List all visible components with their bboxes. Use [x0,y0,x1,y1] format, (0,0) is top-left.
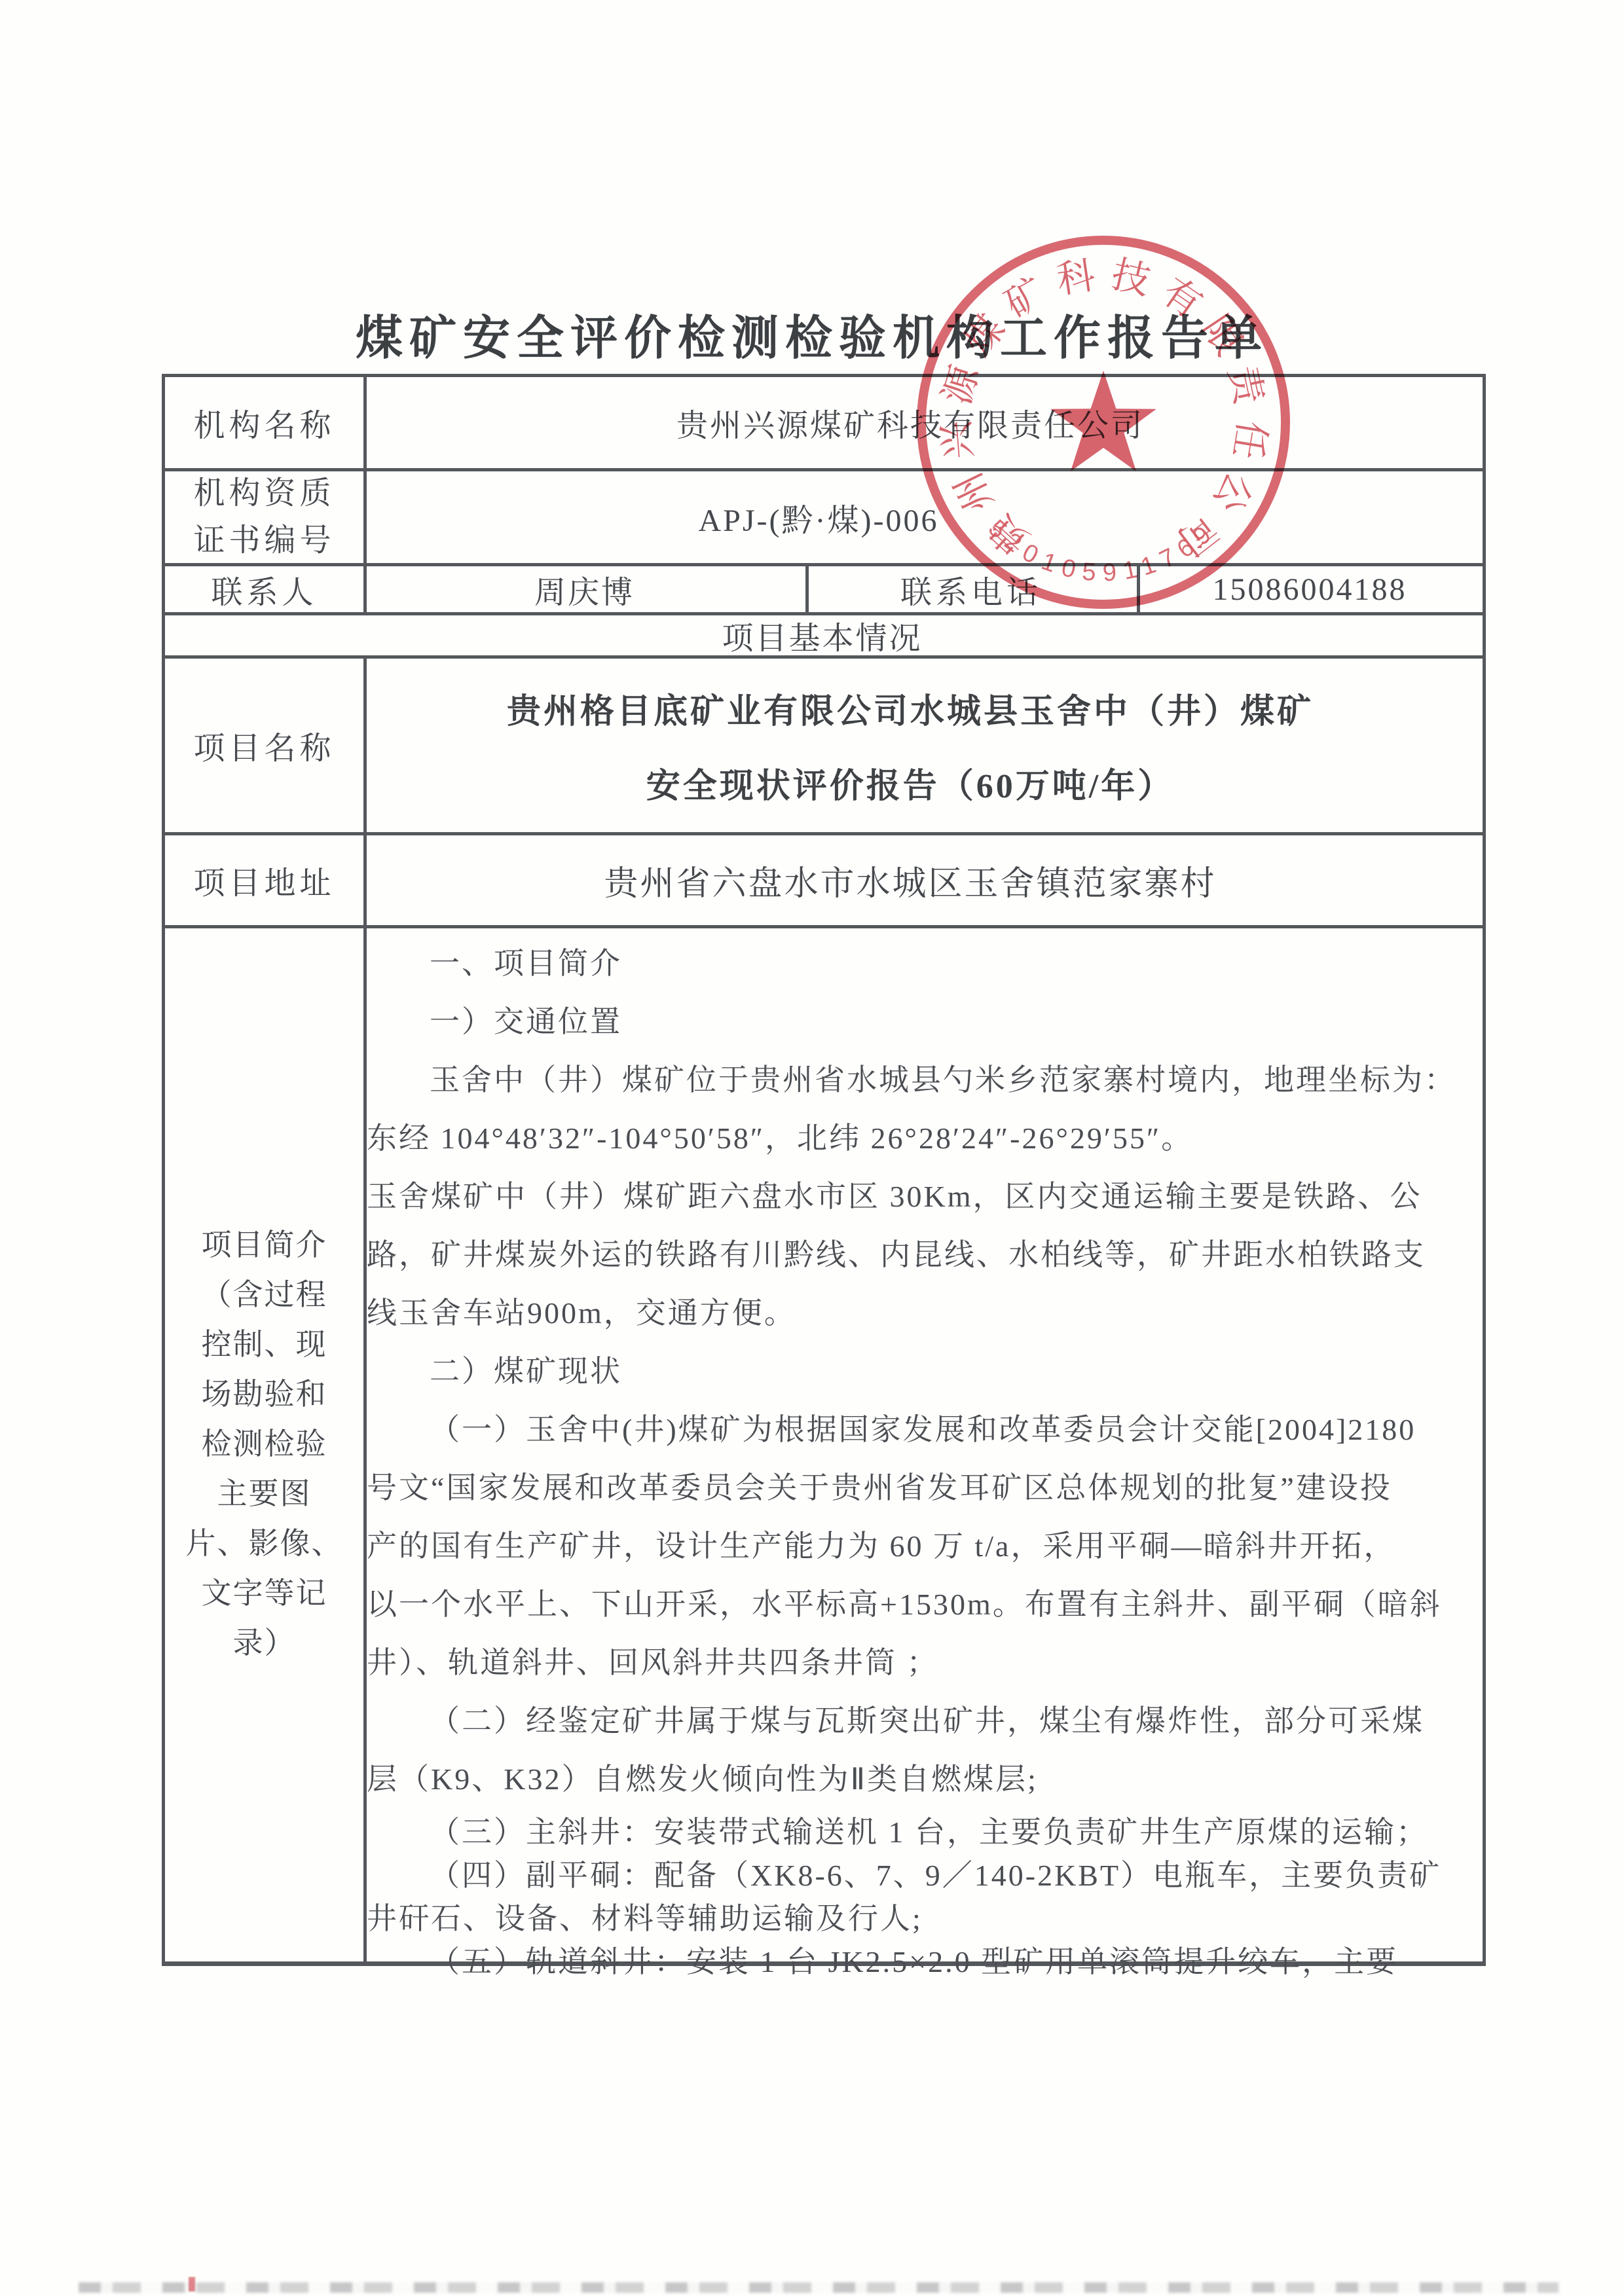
intro-label-line: 文字等记 [202,1569,327,1618]
section-header-basic-info: 项目基本情况 [165,615,1479,655]
intro-text-line: 号文“国家发展和改革委员会关于贵州省发耳矿区总体规划的批复”建设投 [367,1459,1480,1517]
intro-text-line: 二）煤矿现状 [367,1342,1480,1400]
project-intro-label: 项目简介 （含过程 控制、现 场勘验和 检测检验 主要图 片、影像、 文字等记 … [165,925,363,1963]
intro-label-line: 录） [233,1618,296,1668]
scan-artifact-bottom [79,2282,1559,2293]
intro-label-line: 主要图 [217,1469,312,1519]
contact-person-label: 联系人 [165,566,363,612]
intro-text-line: 井）、轨道斜井、回风斜井共四条井筒 ； [367,1633,1480,1692]
intro-text-line: （三）主斜井：安装带式输送机 1 台，主要负责矿井生产原煤的运输； [367,1811,1480,1854]
page-title: 煤矿安全评价检测检验机构工作报告单 [0,300,1624,368]
intro-text-line: 产的国有生产矿井，设计生产能力为 60 万 t/a，采用平硐—暗斜井开拓， [367,1517,1480,1575]
intro-text-line: （四）副平硐：配备（XK8-6、7、9／140-2KBT）电瓶车，主要负责矿 [367,1854,1480,1897]
intro-text-line: 玉舍中（井）煤矿位于贵州省水城县勺米乡范家寨村境内，地理坐标为： [367,1051,1480,1109]
document-page: 煤矿安全评价检测检验机构工作报告单 机构名称 贵州兴源煤矿科技有限责任公司 机构… [0,0,1624,2296]
intro-text-line: （一）玉舍中(井)煤矿为根据国家发展和改革委员会计交能[2004]2180 [367,1400,1480,1459]
intro-text-line: 路，矿井煤炭外运的铁路有川黔线、内昆线、水柏线等，矿井距水柏铁路支 [367,1226,1480,1284]
project-name-label: 项目名称 [165,659,363,832]
intro-text-line: （二）经鉴定矿井属于煤与瓦斯突出矿井，煤尘有爆炸性，部分可采煤 [367,1692,1480,1750]
contact-person-value: 周庆博 [367,566,802,612]
intro-label-line: 片、影像、 [186,1519,343,1569]
intro-label-line: 项目简介 [202,1220,327,1270]
intro-label-line: 检测检验 [202,1419,327,1469]
project-name-value: 贵州格目底矿业有限公司水城县玉舍中（井）煤矿 安全现状评价报告（60万吨/年） [367,659,1454,832]
intro-paragraph-block: 一、项目简介 一）交通位置 玉舍中（井）煤矿位于贵州省水城县勺米乡范家寨村境内，… [367,925,1480,1808]
org-name-label: 机构名称 [165,377,363,468]
intro-text-line: （五）轨道斜井：安装 1 台 JK2.5×2.0 型矿用单滚筒提升绞车，主要 [367,1941,1480,1984]
intro-text-line: 东经 104°48′32″-104°50′58″，北纬 26°28′24″-26… [367,1109,1480,1167]
intro-text-line: 以一个水平上、下山开采，水平标高+1530m。布置有主斜井、副平硐（暗斜 [367,1575,1480,1633]
seal-star-icon [1050,371,1156,471]
project-intro-body: 一、项目简介 一）交通位置 玉舍中（井）煤矿位于贵州省水城县勺米乡范家寨村境内，… [367,925,1480,1963]
intro-paragraph-block-tight: （三）主斜井：安装带式输送机 1 台，主要负责矿井生产原煤的运输； （四）副平硐… [367,1808,1480,1984]
intro-text-line: 层（K9、K32）自燃发火倾向性为Ⅱ类自燃煤层; [367,1750,1480,1808]
intro-label-line: 控制、现 [202,1320,327,1370]
intro-label-line: （含过程 [202,1270,327,1320]
project-address-value: 贵州省六盘水市水城区玉舍镇范家寨村 [367,835,1454,925]
project-address-label: 项目地址 [165,835,363,925]
intro-text-line: 一、项目简介 [367,934,1480,993]
intro-text-line: 线玉舍车站900m，交通方便。 [367,1284,1480,1342]
intro-text-line: 玉舍煤矿中（井）煤矿距六盘水市区 30Km，区内交通运输主要是铁路、公 [367,1167,1480,1226]
company-seal: 贵州兴源煤矿科技有限责任公司 5201059117698 [907,226,1300,619]
intro-text-line: 一）交通位置 [367,993,1480,1051]
project-name-line1: 贵州格目底矿业有限公司水城县玉舍中（井）煤矿 [507,683,1314,733]
intro-text-line: 井矸石、设备、材料等辅助运输及行人; [367,1897,1480,1941]
scan-artifact-red-speck [189,2277,195,2291]
intro-label-line: 场勘验和 [202,1370,327,1419]
project-name-line2: 安全现状评价报告（60万吨/年） [646,758,1174,807]
table-border-right [1483,374,1486,1966]
